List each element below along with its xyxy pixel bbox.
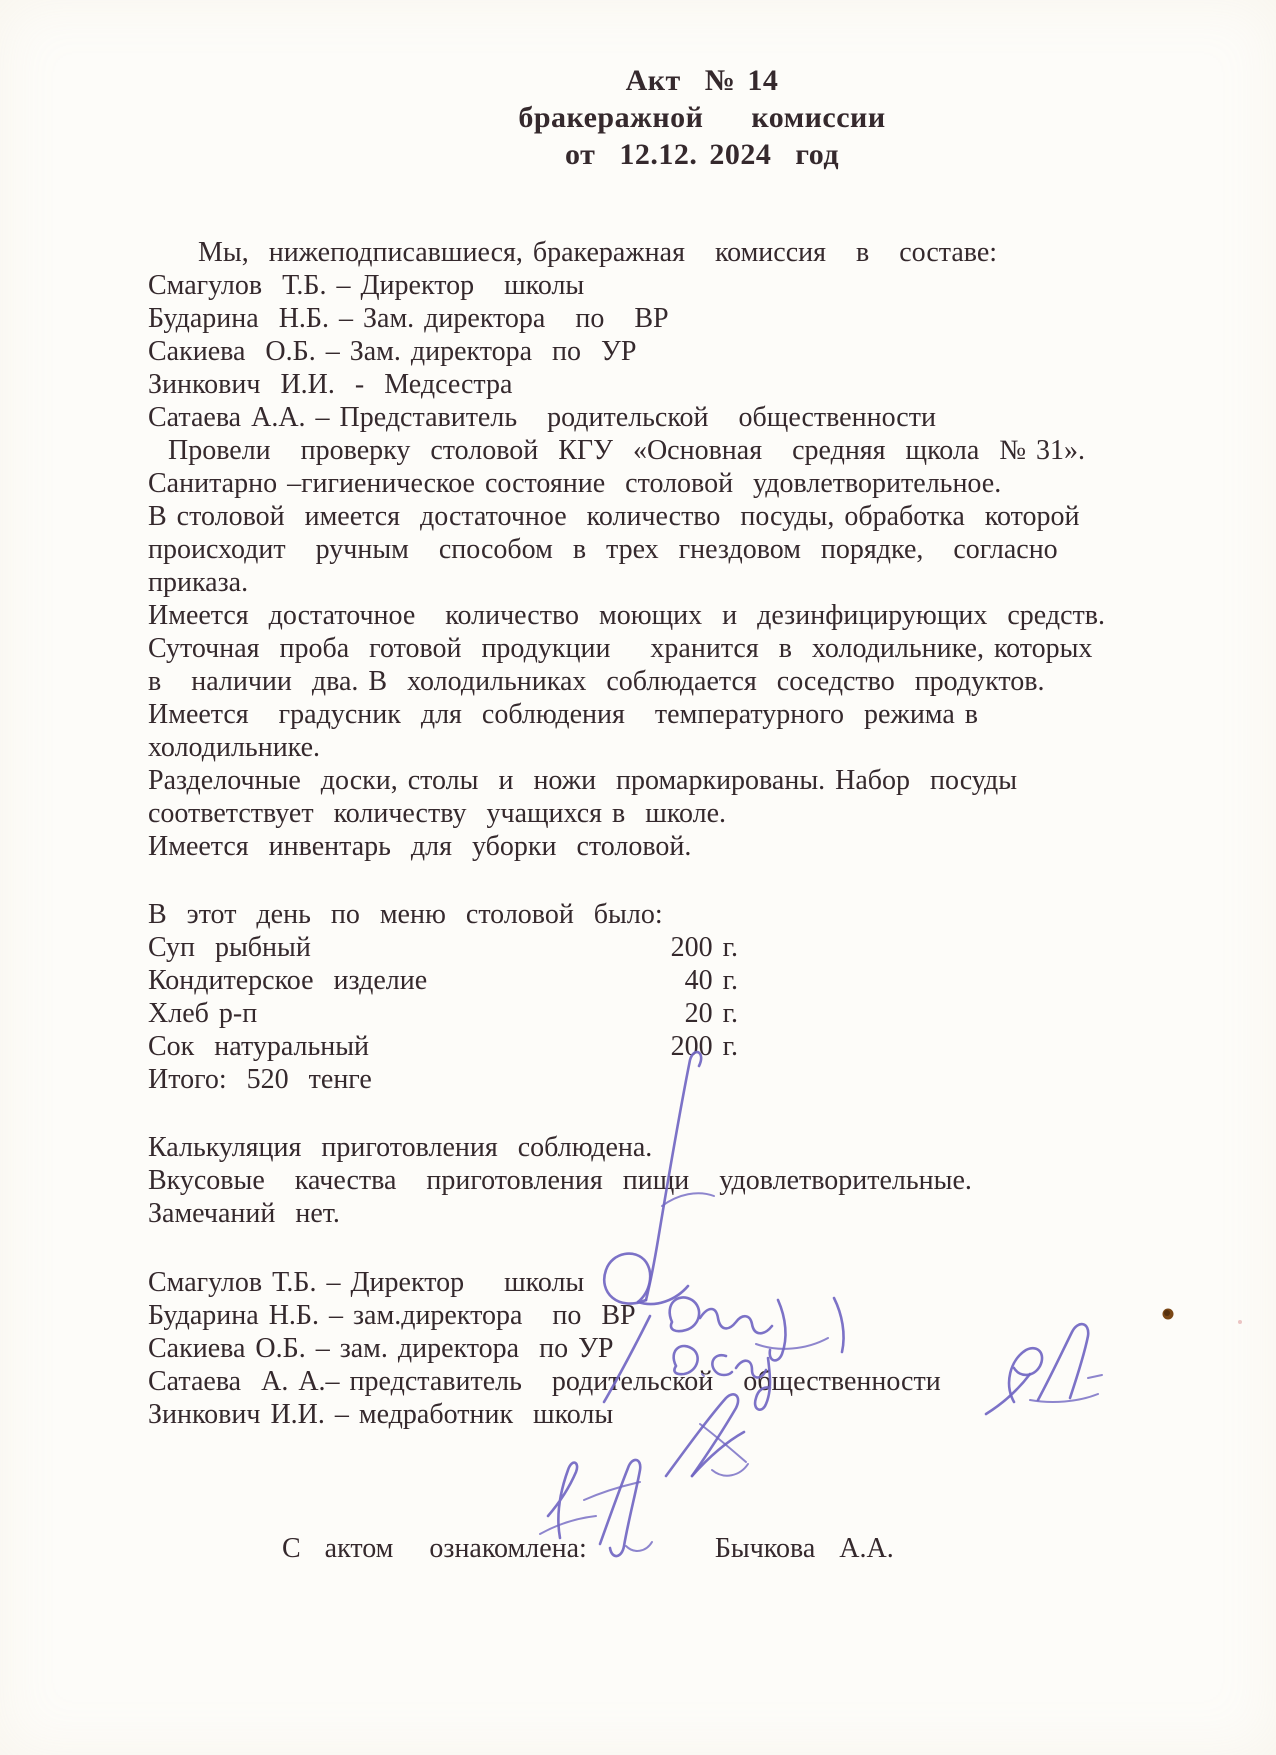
act-title-date: от 12.12. 2024 год bbox=[162, 136, 1242, 173]
menu-item-amount: 40 г. bbox=[648, 964, 738, 997]
body-line: холодильнике. bbox=[148, 731, 1228, 764]
signatory-line: Зинкович И.И. – медработник школы bbox=[148, 1398, 1228, 1431]
body-line: Имеется инвентарь для уборки столовой. bbox=[148, 830, 1228, 863]
signatories: Смагулов Т.Б. – Директор школы Бударина … bbox=[148, 1266, 1228, 1431]
body-line: В столовой имеется достаточное количеств… bbox=[148, 500, 1228, 533]
body-line: Бударина Н.Б. – Зам. директора по ВР bbox=[148, 302, 1228, 335]
act-title-number: Акт № 14 bbox=[162, 62, 1242, 99]
signatory-line: Бударина Н.Б. – зам.директора по ВР bbox=[148, 1299, 1228, 1332]
body-line: приказа. bbox=[148, 566, 1228, 599]
document-page: Акт № 14 бракеражной комиссии от 12.12. … bbox=[0, 0, 1276, 1755]
conclusion-line: Замечаний нет. bbox=[148, 1197, 1228, 1230]
body-line: Имеется достаточное количество моющих и … bbox=[148, 599, 1228, 632]
conclusion-line: Вкусовые качества приготовления пищи удо… bbox=[148, 1164, 1228, 1197]
body-line: Мы, нижеподписавшиеся, бракеражная комис… bbox=[148, 236, 1228, 269]
menu-row: Сок натуральный 200 г. bbox=[148, 1030, 1228, 1063]
act-body: Мы, нижеподписавшиеся, бракеражная комис… bbox=[148, 236, 1228, 863]
menu-item-amount: 200 г. bbox=[648, 931, 738, 964]
menu-item-name: Сок натуральный bbox=[148, 1031, 369, 1062]
conclusions: Калькуляция приготовления соблюдена. Вку… bbox=[148, 1131, 1228, 1230]
menu-item-amount: 20 г. bbox=[648, 997, 738, 1030]
signatory-line: Смагулов Т.Б. – Директор школы bbox=[148, 1266, 1228, 1299]
body-line: Санитарно –гигиеническое состояние столо… bbox=[148, 467, 1228, 500]
menu-row: Суп рыбный 200 г. bbox=[148, 931, 1228, 964]
signatory-line: Сакиева О.Б. – зам. директора по УР bbox=[148, 1332, 1228, 1365]
body-line: Разделочные доски, столы и ножи промарки… bbox=[148, 764, 1228, 797]
acknowledgement-label: С актом ознакомлена: bbox=[282, 1533, 587, 1564]
daily-menu: В этот день по меню столовой было: Суп р… bbox=[148, 898, 1228, 1096]
body-line: Зинкович И.И. - Медсестра bbox=[148, 368, 1228, 401]
menu-row: Кондитерское изделие 40 г. bbox=[148, 964, 1228, 997]
menu-header: В этот день по меню столовой было: bbox=[148, 898, 1228, 931]
body-line: соответствует количеству учащихся в школ… bbox=[148, 797, 1228, 830]
menu-item-name: Хлеб р-п bbox=[148, 998, 257, 1029]
body-line: в наличии два. В холодильниках соблюдает… bbox=[148, 665, 1228, 698]
menu-item-amount: 200 г. bbox=[648, 1030, 738, 1063]
body-line: Провели проверку столовой КГУ «Основная … bbox=[148, 434, 1228, 467]
act-title-commission: бракеражной комиссии bbox=[162, 99, 1242, 136]
acknowledgement-name: Бычкова А.А. bbox=[715, 1533, 894, 1564]
menu-row: Хлеб р-п 20 г. bbox=[148, 997, 1228, 1030]
signatory-line: Сатаева А. А.– представитель родительско… bbox=[148, 1365, 1228, 1398]
menu-total: Итого: 520 тенге bbox=[148, 1063, 1228, 1096]
menu-item-name: Суп рыбный bbox=[148, 932, 311, 963]
body-line: происходит ручным способом в трех гнездо… bbox=[148, 533, 1228, 566]
acknowledgement-row: С актом ознакомлена:Бычкова А.А. bbox=[148, 1499, 1228, 1598]
act-title: Акт № 14 бракеражной комиссии от 12.12. … bbox=[162, 0, 1242, 173]
conclusion-line: Калькуляция приготовления соблюдена. bbox=[148, 1131, 1228, 1164]
body-line: Сакиева О.Б. – Зам. директора по УР bbox=[148, 335, 1228, 368]
body-line: Имеется градусник для соблюдения темпера… bbox=[148, 698, 1228, 731]
body-line: Сатаева А.А. – Представитель родительско… bbox=[148, 401, 1228, 434]
body-line: Смагулов Т.Б. – Директор школы bbox=[148, 269, 1228, 302]
act-document: Акт № 14 бракеражной комиссии от 12.12. … bbox=[0, 0, 1276, 1598]
body-line: Суточная проба готовой продукции хранитс… bbox=[148, 632, 1228, 665]
menu-item-name: Кондитерское изделие bbox=[148, 965, 427, 996]
